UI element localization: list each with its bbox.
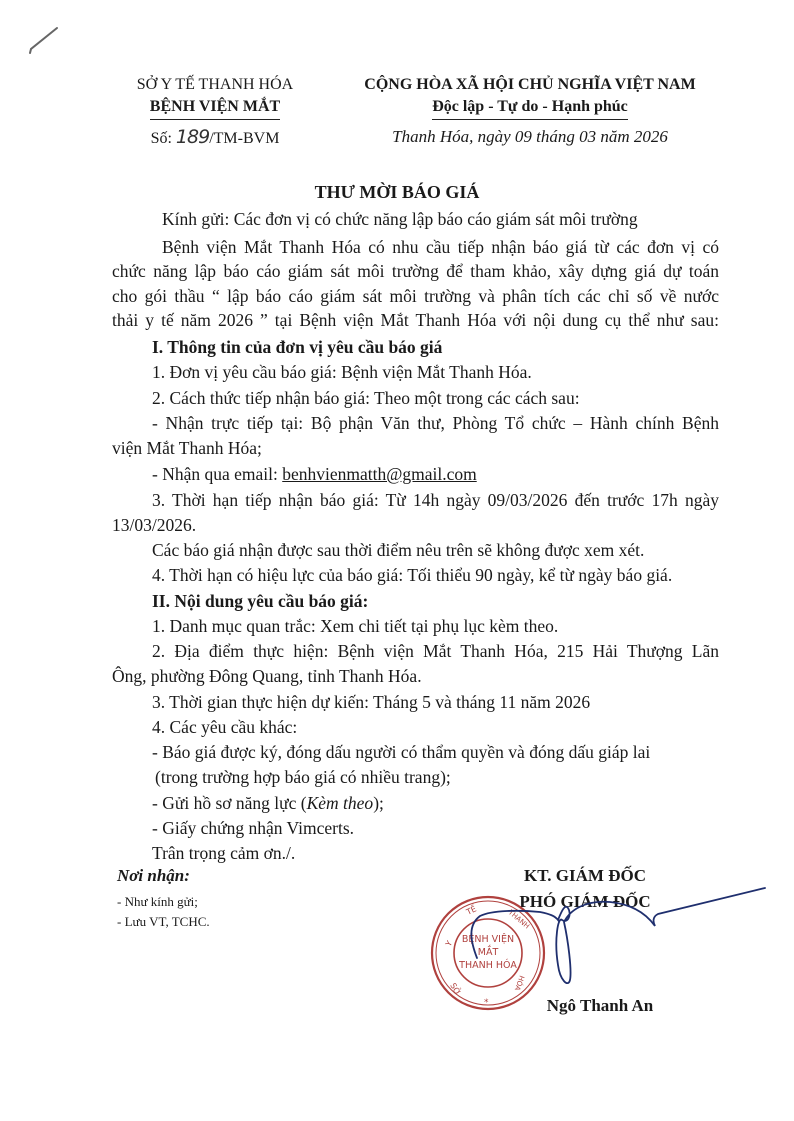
requirement-1-line-2: (trong trường hợp báo giá có nhiều trang…	[155, 766, 451, 789]
country-name: CỘNG HÒA XÃ HỘI CHỦ NGHĨA VIỆT NAM	[345, 74, 715, 96]
national-motto: Độc lập - Tự do - Hạnh phúc	[432, 96, 628, 120]
handwritten-number: 189	[176, 126, 209, 148]
section-2-item-2-line-2: Ông, phường Đông Quang, tỉnh Thanh Hóa.	[112, 665, 422, 688]
document-number: Số: 189/TM-BVM	[100, 126, 330, 150]
document-title: THƯ MỜI BÁO GIÁ	[0, 182, 794, 203]
header-right: CỘNG HÒA XÃ HỘI CHỦ NGHĨA VIỆT NAM Độc l…	[345, 74, 715, 148]
late-submission-note: Các báo giá nhận được sau thời điểm nêu …	[152, 539, 644, 562]
requirement-2-italic: Kèm theo	[307, 793, 374, 813]
pen-mark-icon	[25, 20, 65, 60]
department-name: SỞ Y TẾ THANH HÓA	[100, 74, 330, 96]
section-1-item-3-line-1: 3. Thời hạn tiếp nhận báo giá: Từ 14h ng…	[152, 489, 719, 512]
email-delivery: - Nhận qua email: benhvienmatth@gmail.co…	[152, 463, 477, 486]
section-2-heading: II. Nội dung yêu cầu báo giá:	[152, 590, 368, 613]
section-2-item-4: 4. Các yêu cầu khác:	[152, 716, 297, 739]
section-2-item-1: 1. Danh mục quan trắc: Xem chi tiết tại …	[152, 615, 558, 638]
salutation: Kính gửi: Các đơn vị có chức năng lập bá…	[162, 208, 638, 231]
requirement-3: - Giấy chứng nhận Vimcerts.	[152, 817, 354, 840]
recipients-title: Nơi nhận:	[117, 866, 190, 886]
direct-delivery-line-1: - Nhận trực tiếp tại: Bộ phận Văn thư, P…	[152, 412, 719, 435]
header-left: SỞ Y TẾ THANH HÓA BỆNH VIỆN MẮT Số: 189/…	[100, 74, 330, 150]
number-prefix: Số:	[151, 130, 176, 147]
organization-name: BỆNH VIỆN MẮT	[150, 96, 280, 120]
requirement-2: - Gửi hồ sơ năng lực (Kèm theo);	[152, 792, 384, 815]
place-date: Thanh Hóa, ngày 09 tháng 03 năm 2026	[345, 126, 715, 148]
section-1-item-3-line-2: 13/03/2026.	[112, 514, 196, 537]
closing-thanks: Trân trọng cảm ơn./.	[152, 842, 295, 865]
number-suffix: /TM-BVM	[209, 130, 279, 147]
intro-line-2: chức năng lập báo cáo giám sát môi trườn…	[112, 260, 719, 283]
section-2-item-2-line-1: 2. Địa điểm thực hiện: Bệnh viện Mắt Tha…	[152, 640, 719, 663]
email-link[interactable]: benhvienmatth@gmail.com	[282, 464, 476, 484]
requirement-2-suffix: );	[373, 793, 384, 813]
handwritten-signature-icon	[440, 880, 780, 1000]
direct-delivery-line-2: viện Mắt Thanh Hóa;	[112, 437, 262, 460]
requirement-2-prefix: - Gửi hồ sơ năng lực (	[152, 793, 307, 813]
recipient-item: - Như kính gửi;	[117, 894, 198, 910]
intro-line-3: cho gói thầu “ lập báo cáo giám sát môi …	[112, 285, 719, 308]
section-2-item-3: 3. Thời gian thực hiện dự kiến: Tháng 5 …	[152, 691, 590, 714]
recipient-item: - Lưu VT, TCHC.	[117, 914, 210, 930]
email-label: - Nhận qua email:	[152, 464, 282, 484]
signer-name: Ngô Thanh An	[455, 996, 745, 1016]
section-1-item-2: 2. Cách thức tiếp nhận báo giá: Theo một…	[152, 387, 580, 410]
requirement-1-line-1: - Báo giá được ký, đóng dấu người có thẩ…	[152, 741, 650, 764]
intro-line-4: thải y tế năm 2026 ” tại Bệnh viện Mắt T…	[112, 309, 719, 332]
intro-line-1: Bệnh viện Mắt Thanh Hóa có nhu cầu tiếp …	[162, 236, 719, 259]
section-1-item-4: 4. Thời hạn có hiệu lực của báo giá: Tối…	[152, 564, 672, 587]
section-1-heading: I. Thông tin của đơn vị yêu cầu báo giá	[152, 336, 442, 359]
section-1-item-1: 1. Đơn vị yêu cầu báo giá: Bệnh viện Mắt…	[152, 361, 532, 384]
